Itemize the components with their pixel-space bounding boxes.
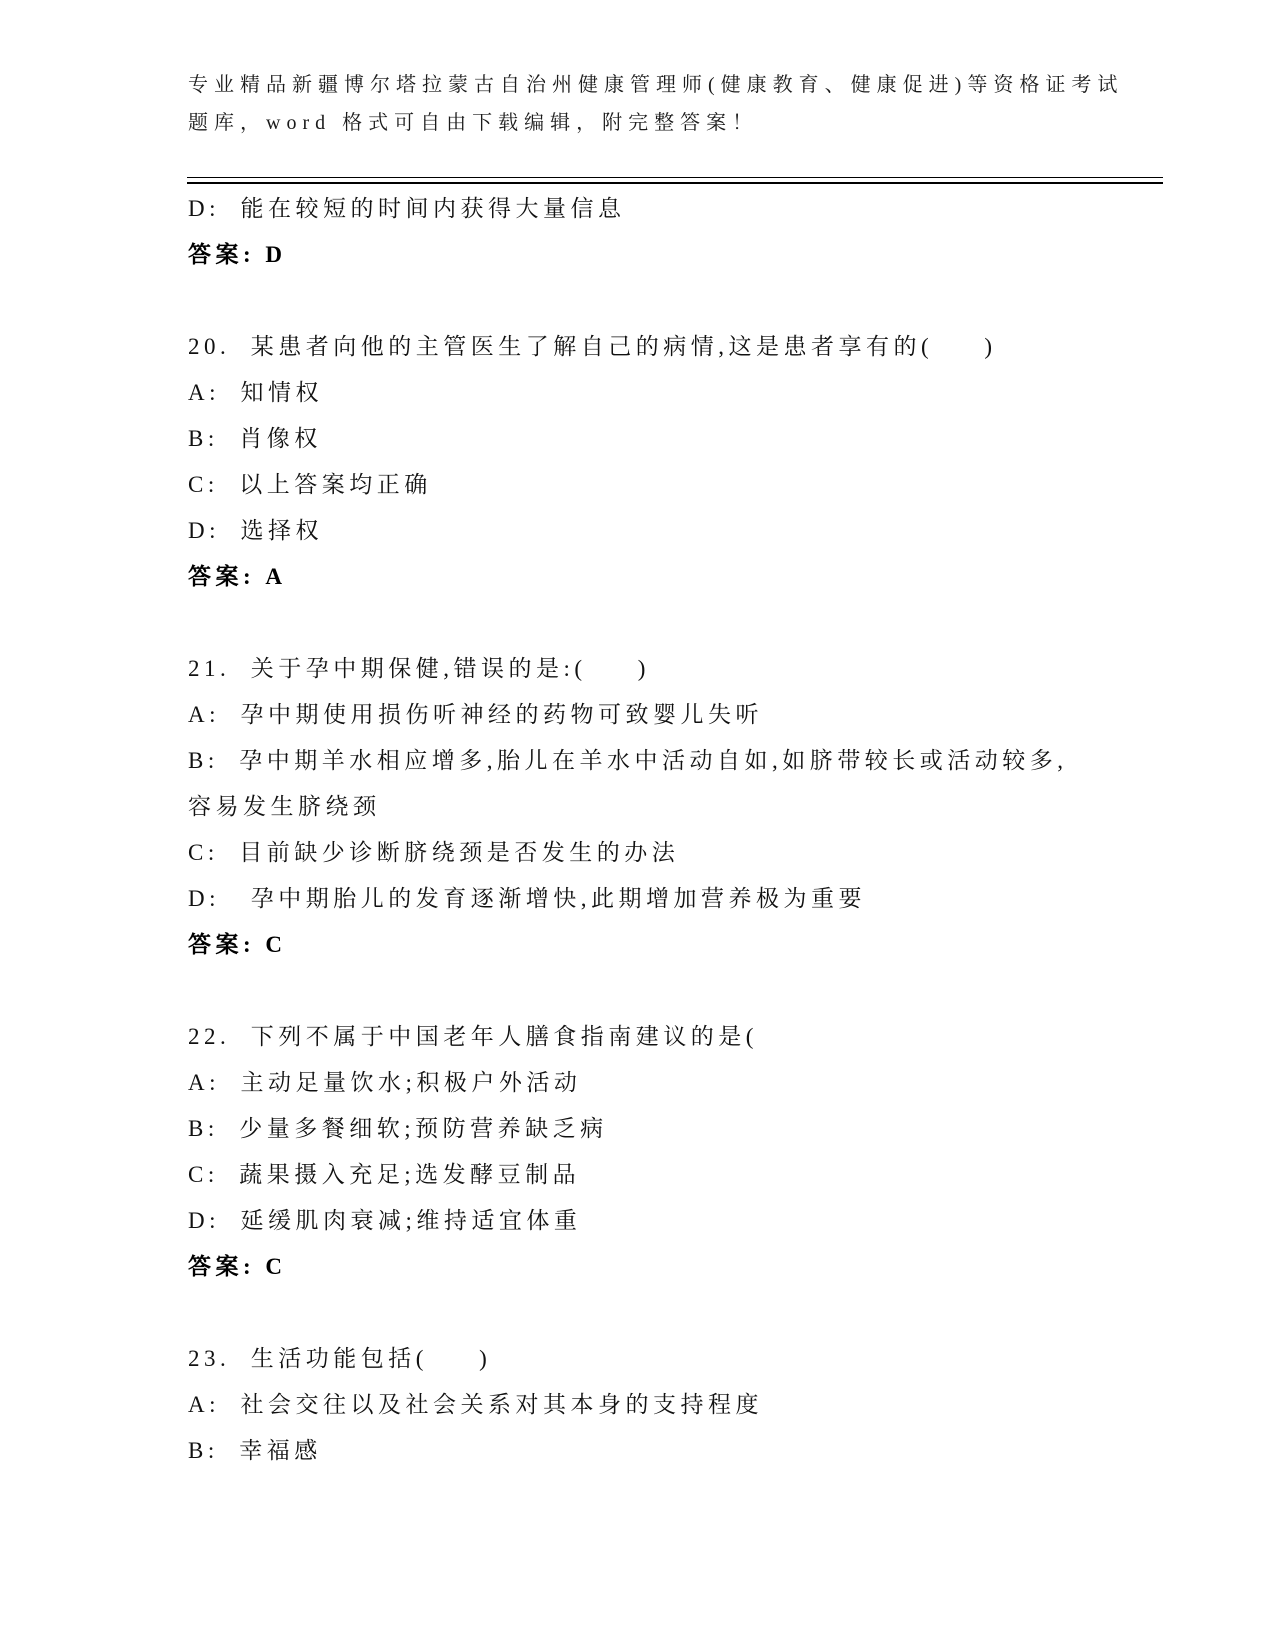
question-stem: 22. 下列不属于中国老年人膳食指南建议的是(: [188, 1014, 1164, 1060]
question-stem: 21. 关于孕中期保健,错误的是:( ): [188, 646, 1164, 692]
blank-line: [188, 600, 1164, 646]
option-line: C: 蔬果摄入充足;选发酵豆制品: [188, 1152, 1164, 1198]
option-line: A: 主动足量饮水;积极户外活动: [188, 1060, 1164, 1106]
header-divider-rule: [187, 177, 1163, 184]
blank-line: [188, 278, 1164, 324]
option-line: D: 能在较短的时间内获得大量信息: [188, 186, 1164, 232]
answer-line: 答案: C: [188, 922, 1164, 968]
document-body: D: 能在较短的时间内获得大量信息 答案: D 20. 某患者向他的主管医生了解…: [188, 186, 1164, 1474]
header-line-1: 专业精品新疆博尔塔拉蒙古自治州健康管理师(健康教育、健康促进)等资格证考试: [188, 66, 1164, 104]
header-line-2: 题库，word 格式可自由下载编辑，附完整答案！: [188, 104, 1164, 142]
document-page: 专业精品新疆博尔塔拉蒙古自治州健康管理师(健康教育、健康促进)等资格证考试 题库…: [0, 0, 1275, 1650]
answer-line: 答案: A: [188, 554, 1164, 600]
option-line: D: 选择权: [188, 508, 1164, 554]
option-line: A: 孕中期使用损伤听神经的药物可致婴儿失听: [188, 692, 1164, 738]
option-line: D: 延缓肌肉衰减;维持适宜体重: [188, 1198, 1164, 1244]
option-line: A: 社会交往以及社会关系对其本身的支持程度: [188, 1382, 1164, 1428]
question-stem: 20. 某患者向他的主管医生了解自己的病情,这是患者享有的( ): [188, 324, 1164, 370]
option-line: C: 目前缺少诊断脐绕颈是否发生的办法: [188, 830, 1164, 876]
option-line: D: 孕中期胎儿的发育逐渐增快,此期增加营养极为重要: [188, 876, 1164, 922]
option-line: B: 肖像权: [188, 416, 1164, 462]
option-line: B: 孕中期羊水相应增多,胎儿在羊水中活动自如,如脐带较长或活动较多,容易发生脐…: [188, 738, 1080, 830]
answer-line: 答案: C: [188, 1244, 1164, 1290]
answer-line: 答案: D: [188, 232, 1164, 278]
option-line: C: 以上答案均正确: [188, 462, 1164, 508]
blank-line: [188, 968, 1164, 1014]
option-line: B: 少量多餐细软;预防营养缺乏病: [188, 1106, 1164, 1152]
option-line: A: 知情权: [188, 370, 1164, 416]
page-header: 专业精品新疆博尔塔拉蒙古自治州健康管理师(健康教育、健康促进)等资格证考试 题库…: [188, 66, 1164, 142]
blank-line: [188, 1290, 1164, 1336]
option-line: B: 幸福感: [188, 1428, 1164, 1474]
question-stem: 23. 生活功能包括( ): [188, 1336, 1164, 1382]
